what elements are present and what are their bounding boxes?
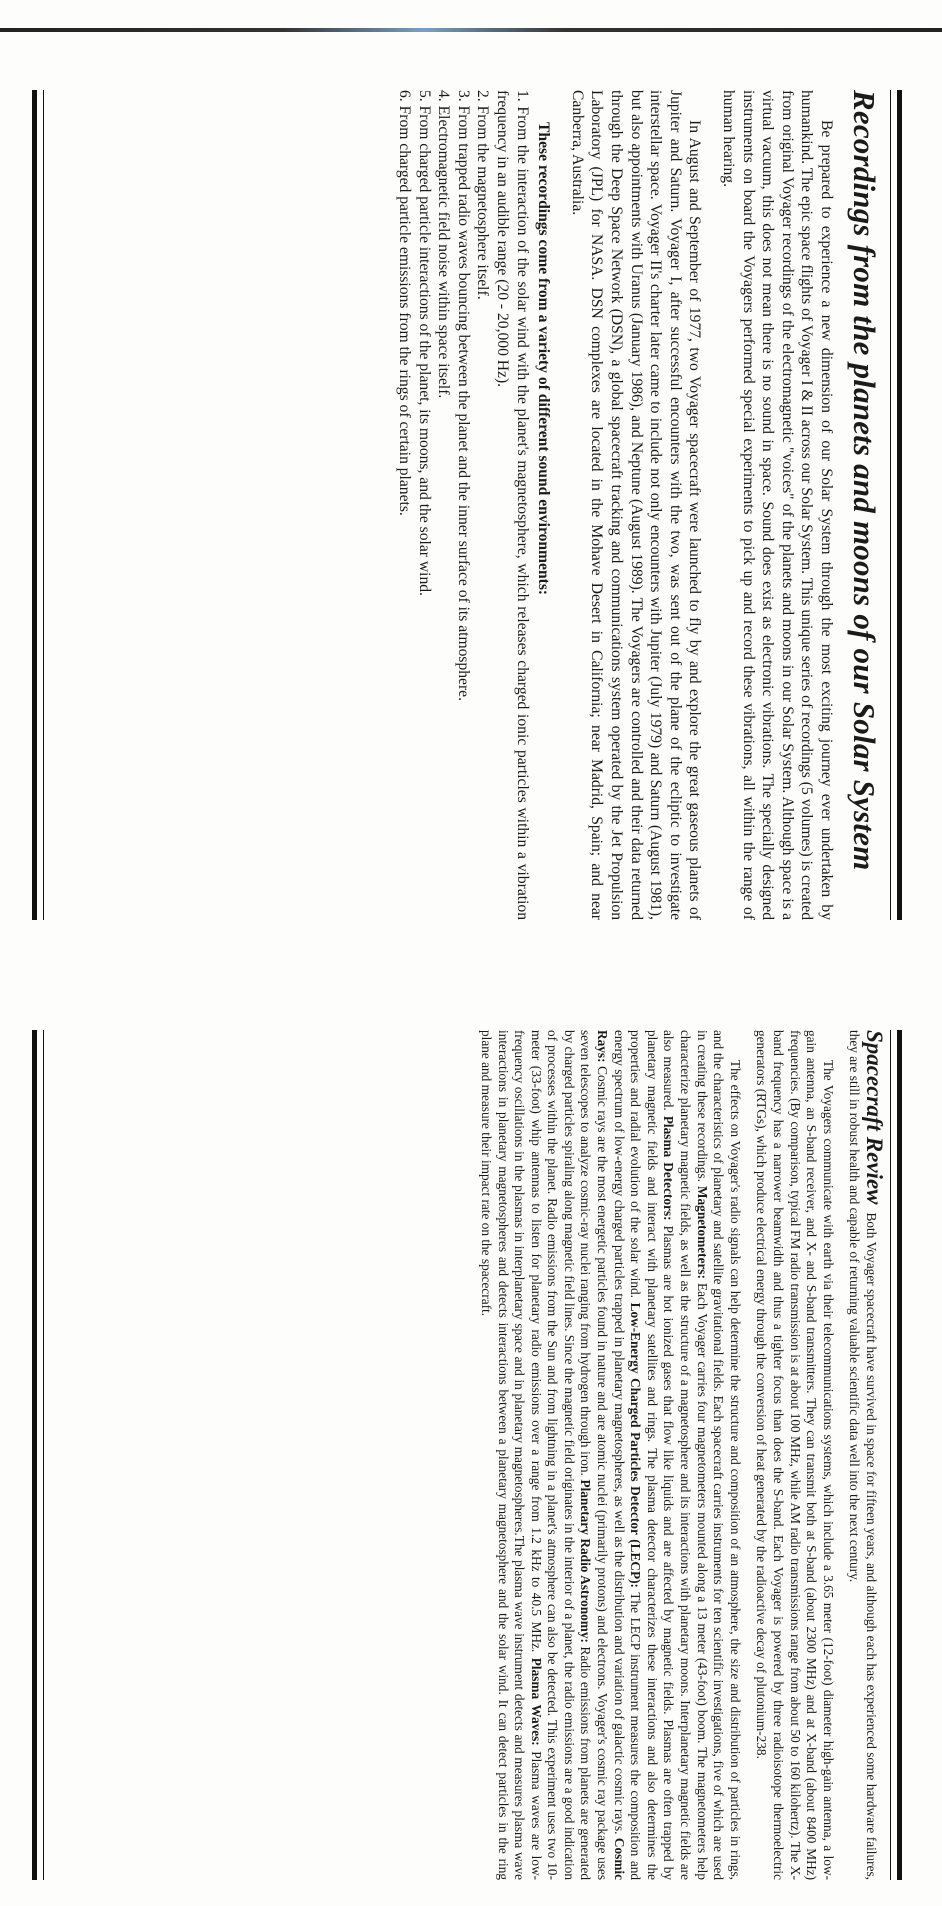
list-item: 3. From trapped radio waves bouncing bet… (453, 90, 473, 920)
bottom-rule (32, 90, 44, 920)
history-paragraph: In August and September of 1977, two Voy… (567, 90, 704, 920)
scanned-brochure: Recordings from the planets and moons of… (0, 0, 942, 1906)
list-item: 1. From the interaction of the solar win… (493, 90, 532, 920)
term-lecp: Low-Energy Charged Particles Detector (L… (628, 1303, 643, 1588)
spacecraft-review-intro: Spacecraft ReviewBoth Voyager spacecraft… (846, 1030, 882, 1880)
bottom-rule (32, 1030, 44, 1880)
list-item: 5. From charged particle interactions of… (414, 90, 434, 920)
list-heading: These recordings come from a variety of … (534, 90, 554, 920)
right-page-content: Spacecraft ReviewBoth Voyager spacecraft… (52, 1030, 882, 1880)
list-item: 4. Electromagnetic field noise within sp… (434, 90, 454, 920)
page-title: Recordings from the planets and moons of… (846, 90, 882, 920)
list-item: 6. From charged particle emissions from … (395, 90, 415, 920)
top-rule (890, 90, 902, 920)
top-rule (890, 1030, 902, 1880)
instruments-paragraph: The effects on Voyager's radio signals c… (477, 1030, 743, 1880)
right-page: Spacecraft ReviewBoth Voyager spacecraft… (32, 1030, 902, 1880)
term-plasma-waves: Plasma Waves: (529, 1658, 544, 1746)
section-title: Spacecraft Review (862, 1030, 887, 1205)
communications-paragraph: The Voyagers communicate with earth via … (753, 1030, 836, 1880)
term-plasma-detectors: Plasma Detectors: (661, 1116, 676, 1221)
left-page-content: Recordings from the planets and moons of… (52, 90, 882, 920)
list-item: 2. From the magnetosphere itself. (473, 90, 493, 920)
page-edge-line (0, 28, 942, 32)
intro-paragraph: Be prepared to experience a new dimensio… (718, 90, 836, 920)
term-radio-astronomy: Planetary Radio Astronomy: (579, 1479, 594, 1643)
term-magnetometers: Magnetometers: (695, 1186, 710, 1279)
sound-environments-list: 1. From the interaction of the solar win… (395, 90, 532, 920)
left-page: Recordings from the planets and moons of… (32, 90, 902, 920)
